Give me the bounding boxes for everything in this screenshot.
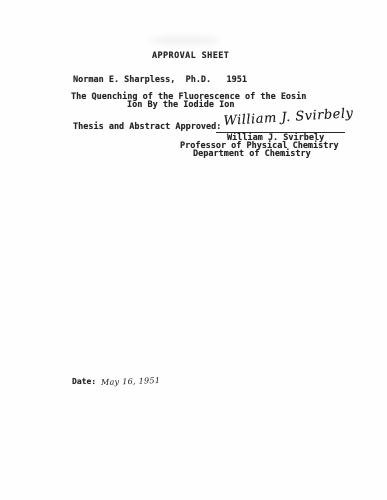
date-line: Date: May 16, 1951 [72, 377, 160, 386]
thesis-title-line2: Ion By the Iodide Ion [127, 101, 234, 110]
author-degree-year-line: Norman E. Sharpless, Ph.D. 1951 [73, 76, 247, 85]
signer-department: Department of Chemistry [193, 150, 311, 159]
date-value-handwritten: May 16, 1951 [101, 376, 161, 387]
date-label: Date: [72, 377, 96, 386]
page-title: APPROVAL SHEET [152, 52, 229, 61]
approval-sheet-page: APPROVAL SHEET Norman E. Sharpless, Ph.D… [0, 0, 387, 500]
signature-handwritten: William J. Svirbely [223, 106, 354, 129]
scan-smudge [150, 36, 220, 45]
approval-label: Thesis and Abstract Approved: [73, 123, 221, 132]
